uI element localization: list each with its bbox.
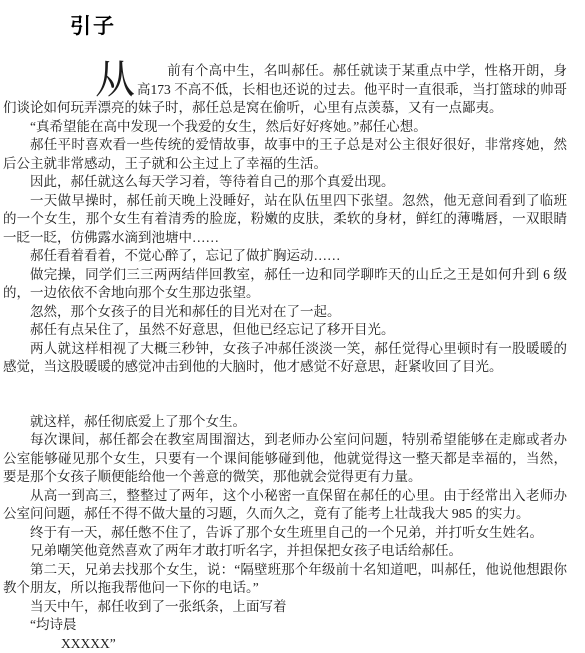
story-paragraph: 郝任有点呆住了，虽然不好意思，但他已经忘记了移开目光。 xyxy=(3,321,567,340)
story-paragraph: 第二天，兄弟去找那个女生，说：“隔壁班那个年级前十名知道吧，叫郝任，他说他想跟你… xyxy=(3,561,567,598)
dropcap-paragraph-text: 前有个高中生，名叫郝任。郝任就读于某重点中学，性格开朗，身高173 不高不低，长… xyxy=(3,63,567,115)
document-page: 引子 从前有个高中生，名叫郝任。郝任就读于某重点中学，性格开朗，身高173 不高… xyxy=(0,0,585,653)
note-line-name: “均诗晨 xyxy=(3,616,567,635)
story-content: 从前有个高中生，名叫郝任。郝任就读于某重点中学，性格开朗，身高173 不高不低，… xyxy=(3,62,567,653)
story-paragraph: 两人就这样相视了大概三秒钟，女孩子冲郝任淡淡一笑，郝任觉得心里顿时有一股暖暖的感… xyxy=(3,340,567,377)
story-paragraph: 郝任看着看着，不觉心醉了，忘记了做扩胸运动…… xyxy=(3,247,567,266)
story-paragraph: 就这样，郝任彻底爱上了那个女生。 xyxy=(3,413,567,432)
story-paragraph: 当天中午，郝任收到了一张纸条，上面写着 xyxy=(3,598,567,617)
dropcap-character: 从 xyxy=(95,63,135,99)
story-paragraph: 每次课间，郝任都会在教室周围溜达，到老师办公室问问题，特别希望能够在走廊或者办公… xyxy=(3,431,567,487)
note-line-masked-number: XXXXX” xyxy=(3,635,567,653)
story-paragraph-dropcap: 从前有个高中生，名叫郝任。郝任就读于某重点中学，性格开朗，身高173 不高不低，… xyxy=(3,62,567,118)
story-paragraph: 做完操，同学们三三两两结伴回教室，郝任一边和同学聊昨天的山丘之王是如何升到 6 … xyxy=(3,266,567,303)
story-paragraph: 一天做早操时，郝任前天晚上没睡好，站在队伍里四下张望。忽然，他无意间看到了临班的… xyxy=(3,192,567,248)
story-paragraph: 因此，郝任就这么每天学习着，等待着自己的那个真爱出现。 xyxy=(3,173,567,192)
story-paragraph: 兄弟嘲笑他竟然喜欢了两年才敢打听名字，并担保把女孩子电话给郝任。 xyxy=(3,542,567,561)
story-paragraph: 郝任平时喜欢看一些传统的爱情故事，故事中的王子总是对公主很好很好，非常疼她，然后… xyxy=(3,136,567,173)
chapter-title: 引子 xyxy=(70,15,575,39)
story-paragraph: 忽然，那个女孩子的目光和郝任的目光对在了一起。 xyxy=(3,303,567,322)
story-paragraph: 从高一到高三，整整过了两年，这个小秘密一直保留在郝任的心里。由于经常出入老师办公… xyxy=(3,487,567,524)
story-paragraph: 终于有一天，郝任憋不住了，告诉了那个女生班里自己的一个兄弟，并打听女生姓名。 xyxy=(3,524,567,543)
dropcap-spacer xyxy=(137,74,167,75)
story-paragraph: “真希望能在高中发现一个我爱的女生，然后好好疼她。”郝任心想。 xyxy=(3,118,567,137)
